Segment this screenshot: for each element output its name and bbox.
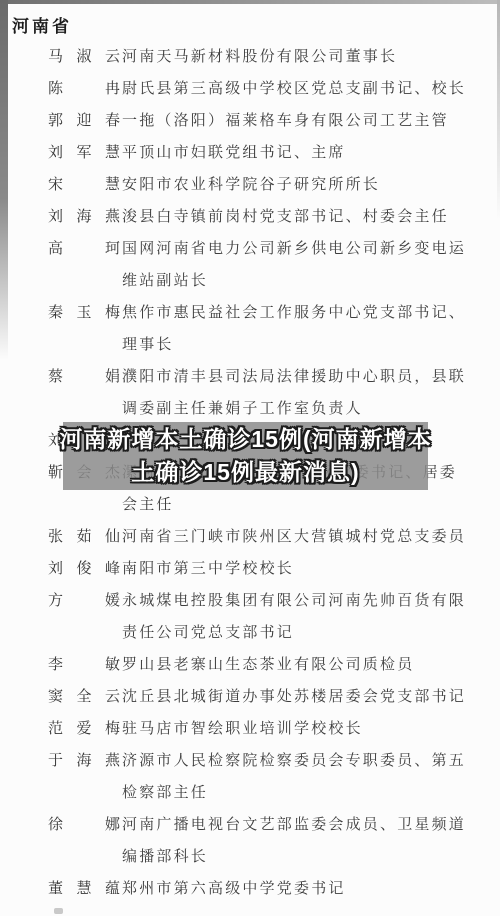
person-role: 浚县白寺镇前岗村党支部书记、村委会主任 — [122, 201, 449, 233]
role-text: 濮阳市清丰县司法局法律援助中心职员，县联 — [122, 361, 466, 393]
list-item-line: 张茹仙河南省三门峡市陕州区大营镇城村党总支委员 — [0, 521, 500, 553]
scanned-document-page: 河南省 马淑云河南天马新材料股份有限公司董事长陈冉尉氏县第三高级中学校区党总支副… — [0, 0, 500, 916]
role-text: 维站副站长 — [122, 265, 208, 297]
role-text: 会主任 — [122, 489, 174, 521]
cropped-next-row-mark — [54, 908, 63, 914]
person-name: 郭迎春 — [48, 105, 122, 137]
person-role: 焦作市惠民益社会工作服务中心党支部书记、 — [122, 297, 466, 329]
role-text: 河南广播电视台文艺部监委会成员、卫星频道 — [122, 809, 466, 841]
person-name: 张茹仙 — [48, 521, 122, 553]
role-text: 永城煤电控股集团有限公司河南先帅百货有限 — [122, 585, 466, 617]
role-text: 尉氏县第三高级中学校区党总支副书记、校长 — [122, 73, 466, 105]
list-item-line: 会主任 — [0, 489, 500, 521]
list-item-line: 理事长 — [0, 329, 500, 361]
role-text: 国网河南省电力公司新乡供电公司新乡变电运 — [122, 233, 466, 265]
person-name: 高珂 — [48, 233, 122, 265]
list-item-line: 刘军慧平顶山市妇联党组书记、主席 — [0, 137, 500, 169]
list-item-line: 陈冉尉氏县第三高级中学校区党总支副书记、校长 — [0, 73, 500, 105]
list-item-line: 董慧蕴郑州市第六高级中学党委书记 — [0, 873, 500, 905]
person-name: 马淑云 — [48, 41, 122, 73]
person-name: 董慧蕴 — [48, 873, 122, 905]
role-text: 检察部主任 — [122, 777, 208, 809]
person-name: 秦玉梅 — [48, 297, 122, 329]
list-item-line: 刘海燕浚县白寺镇前岗村党支部书记、村委会主任 — [0, 201, 500, 233]
person-role: 理事长 — [122, 329, 174, 361]
person-name: 范爱梅 — [48, 713, 122, 745]
person-name: 陈冉 — [48, 73, 122, 105]
person-role: 沈丘县北城街道办事处苏楼居委会党支部书记 — [122, 681, 466, 713]
list-item-line: 徐娜河南广播电视台文艺部监委会成员、卫星频道 — [0, 809, 500, 841]
list-item-line: 马淑云河南天马新材料股份有限公司董事长 — [0, 41, 500, 73]
list-item-line: 李敏罗山县老寨山生态茶业有限公司质检员 — [0, 649, 500, 681]
person-name: 于海燕 — [48, 745, 122, 777]
role-text: 驻马店市智绘职业培训学校校长 — [122, 713, 363, 745]
list-item-line: 责任公司党总支部书记 — [0, 617, 500, 649]
person-role: 责任公司党总支部书记 — [122, 617, 294, 649]
province-header: 河南省 — [12, 12, 72, 37]
list-item-line: 宋慧安阳市农业科学院谷子研究所所长 — [0, 169, 500, 201]
person-role: 平顶山市妇联党组书记、主席 — [122, 137, 346, 169]
scan-edge-top — [0, 0, 500, 4]
person-name: 宋慧 — [48, 169, 122, 201]
role-text: 南阳市第三中学校校长 — [122, 553, 294, 585]
person-role: 济源市人民检察院检察委员会专职委员、第五 — [122, 745, 466, 777]
caption-line-2: 土确诊15例最新消息) — [131, 456, 359, 489]
person-role: 会主任 — [122, 489, 174, 521]
person-role: 尉氏县第三高级中学校区党总支副书记、校长 — [122, 73, 466, 105]
person-role: 驻马店市智绘职业培训学校校长 — [122, 713, 363, 745]
person-role: 郑州市第六高级中学党委书记 — [122, 873, 346, 905]
list-item-line: 维站副站长 — [0, 265, 500, 297]
person-name: 刘军慧 — [48, 137, 122, 169]
role-text: 沈丘县北城街道办事处苏楼居委会党支部书记 — [122, 681, 466, 713]
person-role: 河南省三门峡市陕州区大营镇城村党总支委员 — [122, 521, 466, 553]
list-item-line: 郭迎春一拖（洛阳）福莱格车身有限公司工艺主管 — [0, 105, 500, 137]
person-role: 河南广播电视台文艺部监委会成员、卫星频道 — [122, 809, 466, 841]
person-role: 编播部科长 — [122, 841, 208, 873]
role-text: 一拖（洛阳）福莱格车身有限公司工艺主管 — [122, 105, 449, 137]
role-text: 焦作市惠民益社会工作服务中心党支部书记、 — [122, 297, 466, 329]
role-text: 编播部科长 — [122, 841, 208, 873]
person-role: 罗山县老寨山生态茶业有限公司质检员 — [122, 649, 414, 681]
person-role: 南阳市第三中学校校长 — [122, 553, 294, 585]
list-item-line: 高珂国网河南省电力公司新乡供电公司新乡变电运 — [0, 233, 500, 265]
role-text: 郑州市第六高级中学党委书记 — [122, 873, 346, 905]
person-role: 维站副站长 — [122, 265, 208, 297]
person-role: 国网河南省电力公司新乡供电公司新乡变电运 — [122, 233, 466, 265]
role-text: 平顶山市妇联党组书记、主席 — [122, 137, 346, 169]
person-name: 刘海燕 — [48, 201, 122, 233]
caption-line-1: 河南新增本土确诊15例(河南新增本 — [59, 423, 431, 456]
person-name: 刘俊峰 — [48, 553, 122, 585]
person-role: 调委副主任兼娟子工作室负责人 — [122, 393, 363, 425]
person-name: 李敏 — [48, 649, 122, 681]
role-text: 责任公司党总支部书记 — [122, 617, 294, 649]
person-role: 永城煤电控股集团有限公司河南先帅百货有限 — [122, 585, 466, 617]
person-name: 蔡娟 — [48, 361, 122, 393]
role-text: 调委副主任兼娟子工作室负责人 — [122, 393, 363, 425]
role-text: 河南省三门峡市陕州区大营镇城村党总支委员 — [122, 521, 466, 553]
role-text: 理事长 — [122, 329, 174, 361]
role-text: 河南天马新材料股份有限公司董事长 — [122, 41, 397, 73]
role-text: 安阳市农业科学院谷子研究所所长 — [122, 169, 380, 201]
list-item-line: 刘俊峰南阳市第三中学校校长 — [0, 553, 500, 585]
person-role: 河南天马新材料股份有限公司董事长 — [122, 41, 397, 73]
list-item-line: 检察部主任 — [0, 777, 500, 809]
person-name: 徐娜 — [48, 809, 122, 841]
person-role: 安阳市农业科学院谷子研究所所长 — [122, 169, 380, 201]
person-role: 一拖（洛阳）福莱格车身有限公司工艺主管 — [122, 105, 449, 137]
list-item-line: 调委副主任兼娟子工作室负责人 — [0, 393, 500, 425]
list-item-line: 于海燕济源市人民检察院检察委员会专职委员、第五 — [0, 745, 500, 777]
person-name: 窦全云 — [48, 681, 122, 713]
list-item-line: 蔡娟濮阳市清丰县司法局法律援助中心职员，县联 — [0, 361, 500, 393]
person-role: 检察部主任 — [122, 777, 208, 809]
role-text: 浚县白寺镇前岗村党支部书记、村委会主任 — [122, 201, 449, 233]
person-name: 方媛 — [48, 585, 122, 617]
list-item-line: 方媛永城煤电控股集团有限公司河南先帅百货有限 — [0, 585, 500, 617]
role-text: 济源市人民检察院检察委员会专职委员、第五 — [122, 745, 466, 777]
person-role: 濮阳市清丰县司法局法律援助中心职员，县联 — [122, 361, 466, 393]
list-item-line: 范爱梅驻马店市智绘职业培训学校校长 — [0, 713, 500, 745]
caption-overlay: 河南新增本土确诊15例(河南新增本 土确诊15例最新消息) — [63, 422, 428, 490]
role-text: 罗山县老寨山生态茶业有限公司质检员 — [122, 649, 414, 681]
list-item-line: 窦全云沈丘县北城街道办事处苏楼居委会党支部书记 — [0, 681, 500, 713]
list-item-line: 秦玉梅焦作市惠民益社会工作服务中心党支部书记、 — [0, 297, 500, 329]
list-item-line: 编播部科长 — [0, 841, 500, 873]
